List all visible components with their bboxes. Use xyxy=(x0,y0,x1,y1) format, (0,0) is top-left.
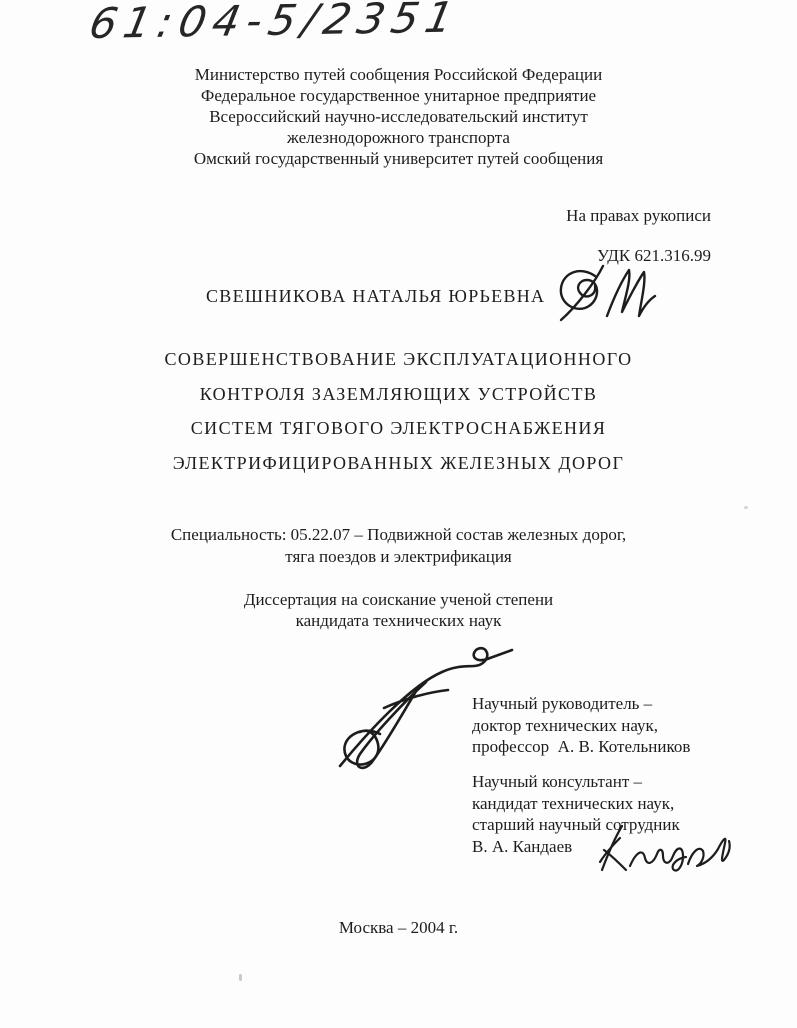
header-line: Всероссийский научно-исследовательский и… xyxy=(0,106,797,127)
header-line: Омский государственный университет путей… xyxy=(0,148,797,169)
consultant-signature-icon xyxy=(592,820,734,876)
specialty-section: Специальность: 05.22.07 – Подвижной сост… xyxy=(0,524,797,568)
dissertation-title-page: { "document": { "catalog_number": "61:04… xyxy=(0,0,797,1028)
dissertation-title: СОВЕРШЕНСТВОВАНИЕ ЭКСПЛУАТАЦИОННОГО КОНТ… xyxy=(0,342,797,480)
author-signature-icon xyxy=(551,262,663,328)
thesis-type-section: Диссертация на соискание ученой степени … xyxy=(0,589,797,631)
supervisor-section: Научный руководитель – доктор технически… xyxy=(472,693,690,758)
title-line: КОНТРОЛЯ ЗАЗЕМЛЯЮЩИХ УСТРОЙСТВ xyxy=(0,377,797,412)
title-line: СИСТЕМ ТЯГОВОГО ЭЛЕКТРОСНАБЖЕНИЯ xyxy=(0,411,797,446)
specialty-line: тяга поездов и электрификация xyxy=(0,546,797,568)
scan-speck-artifact xyxy=(239,974,242,981)
header-line: железнодорожного транспорта xyxy=(0,127,797,148)
header-line: Министерство путей сообщения Российской … xyxy=(0,64,797,85)
title-line: ЭЛЕКТРИФИЦИРОВАННЫХ ЖЕЛЕЗНЫХ ДОРОГ xyxy=(0,446,797,481)
specialty-line: Специальность: 05.22.07 – Подвижной сост… xyxy=(0,524,797,546)
author-name: СВЕШНИКОВА НАТАЛЬЯ ЮРЬЕВНА xyxy=(206,286,545,307)
consultant-line: кандидат технических наук, xyxy=(472,793,680,815)
catalog-number-handwritten: 61:04-5/2351 xyxy=(84,0,465,54)
consultant-line: Научный консультант – xyxy=(472,771,680,793)
supervisor-line: Научный руководитель – xyxy=(472,693,690,715)
title-line: СОВЕРШЕНСТВОВАНИЕ ЭКСПЛУАТАЦИОННОГО xyxy=(0,342,797,377)
supervisor-line: профессор А. В. Котельников xyxy=(472,736,690,758)
scan-speck-artifact xyxy=(744,506,748,509)
supervisor-line: доктор технических наук, xyxy=(472,715,690,737)
city-year-footer: Москва – 2004 г. xyxy=(0,918,797,938)
header-line: Федеральное государственное унитарное пр… xyxy=(0,85,797,106)
thesis-type-line: кандидата технических наук xyxy=(0,610,797,631)
institution-header: Министерство путей сообщения Российской … xyxy=(0,64,797,169)
manuscript-rights-note: На правах рукописи xyxy=(566,206,711,226)
thesis-type-line: Диссертация на соискание ученой степени xyxy=(0,589,797,610)
